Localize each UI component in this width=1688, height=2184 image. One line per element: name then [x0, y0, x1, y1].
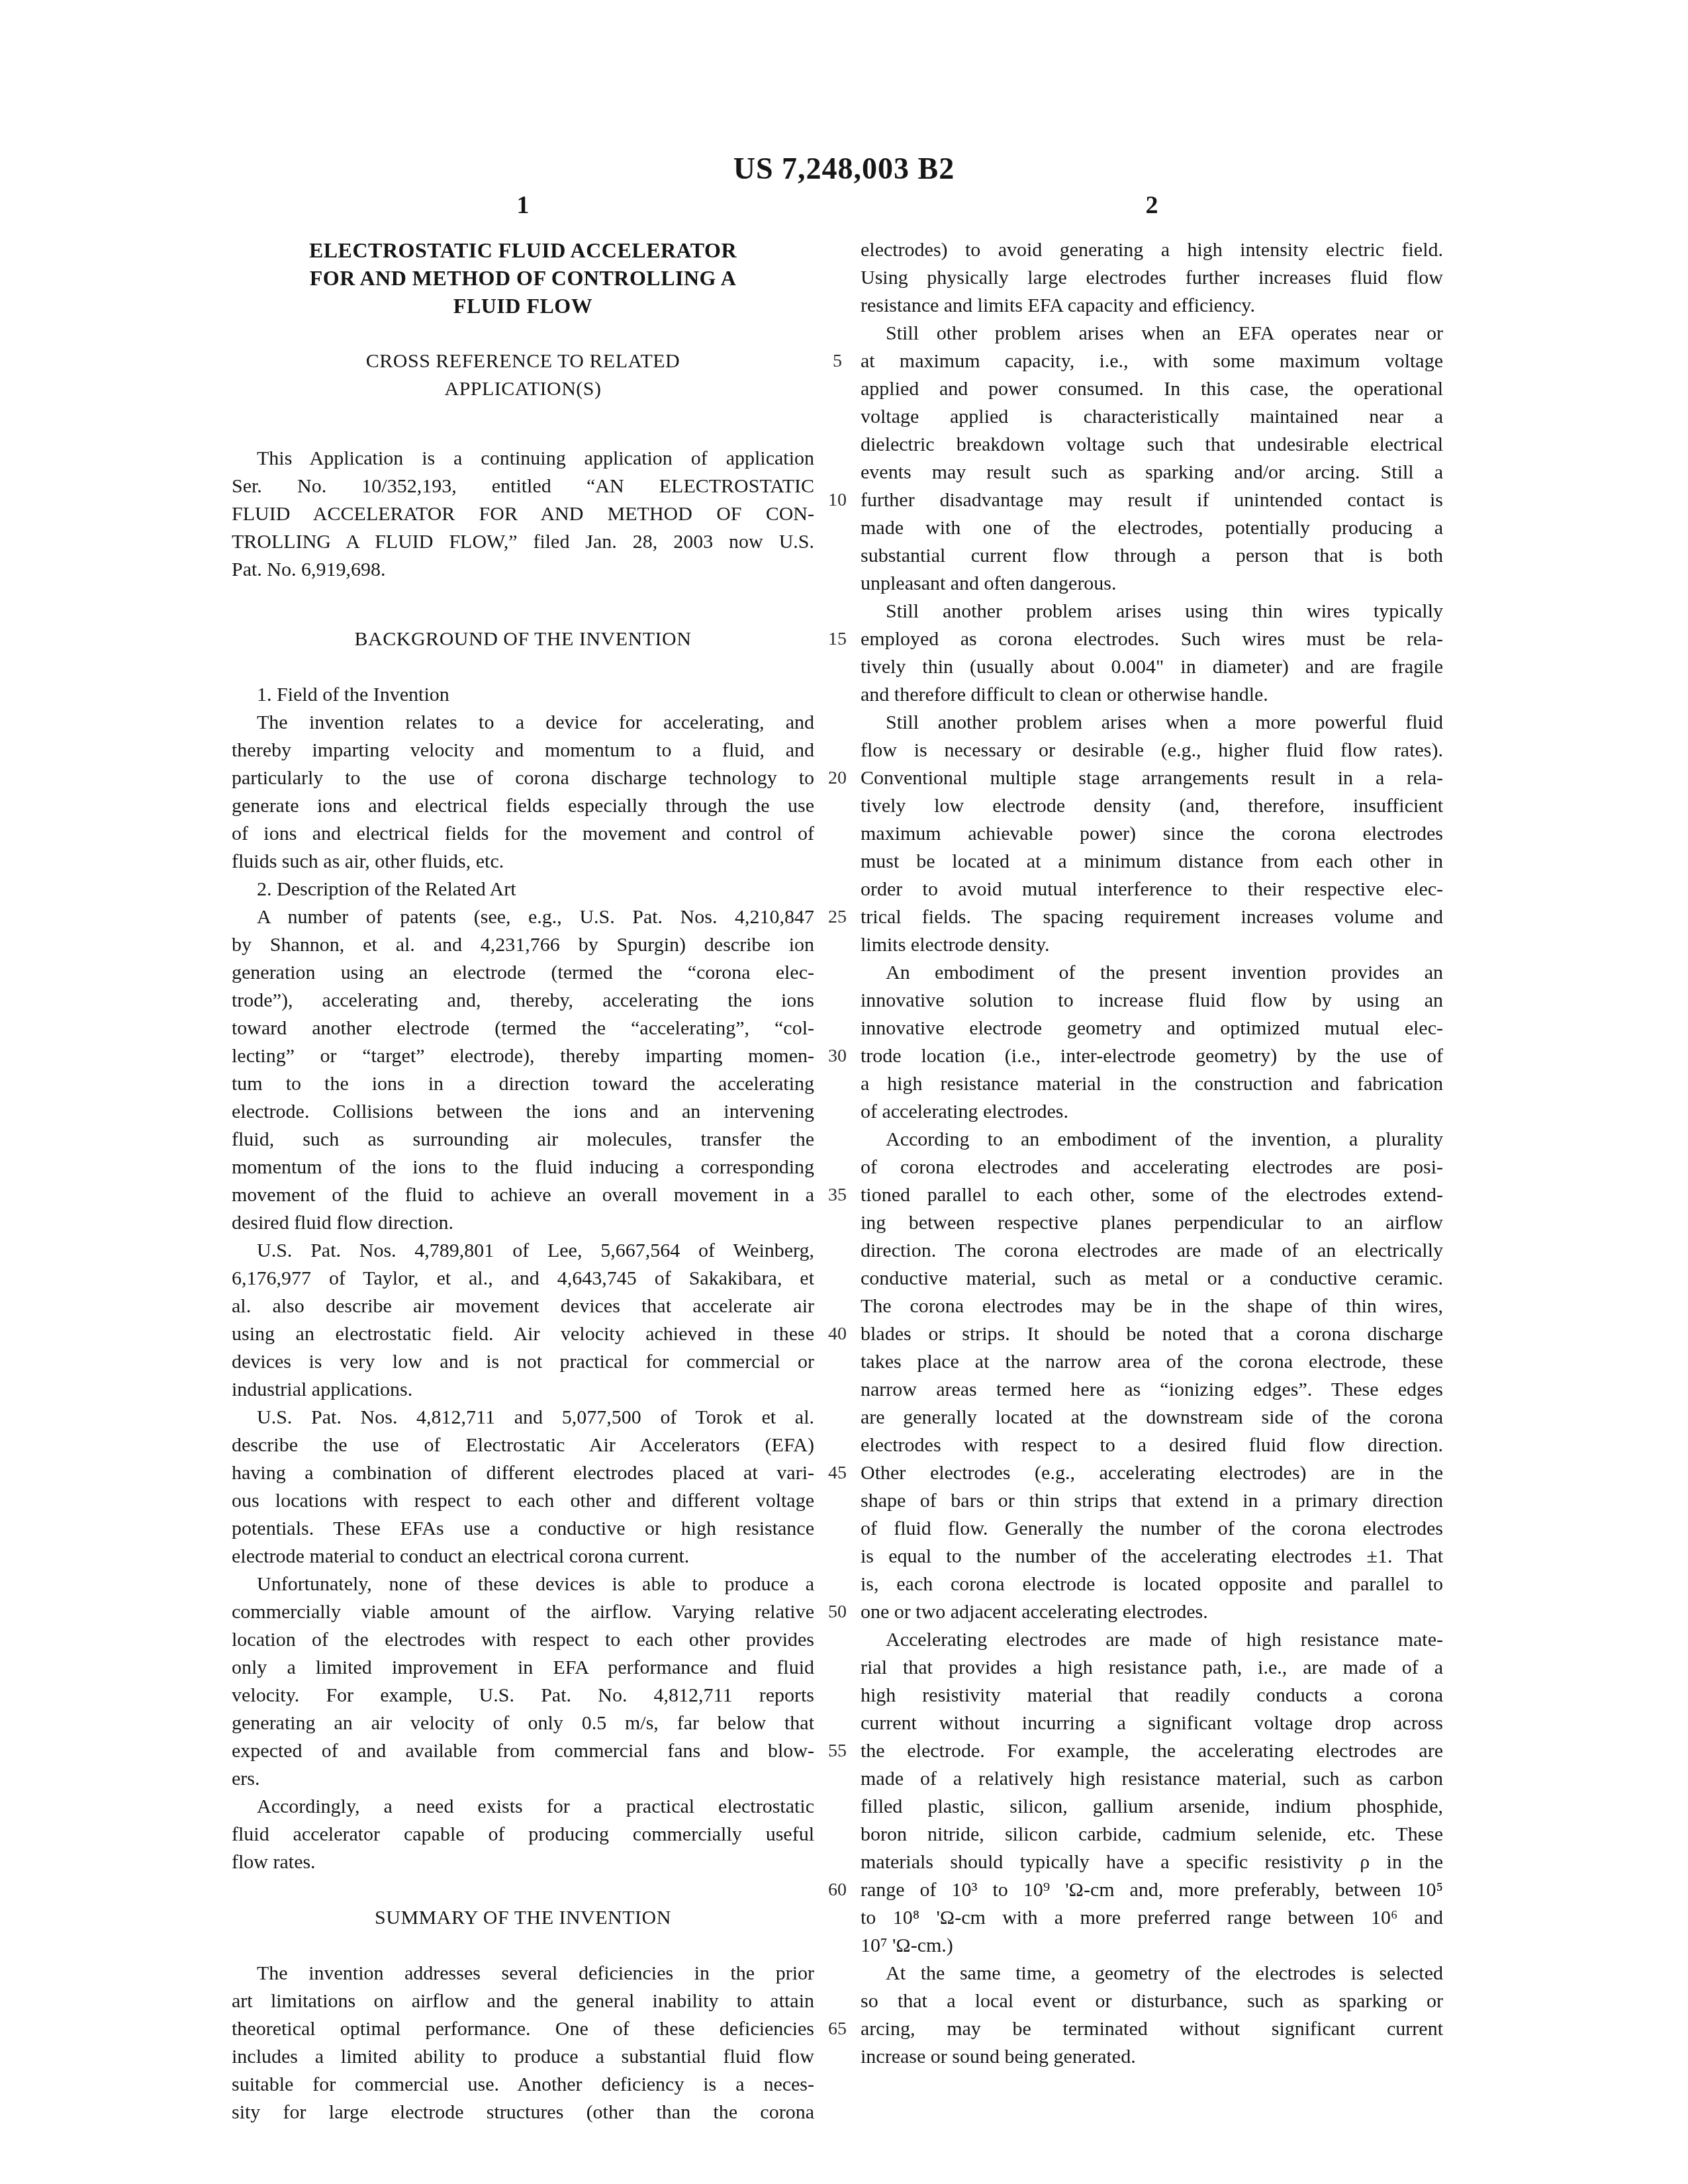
text-line: fluids such as air, other fluids, etc.: [232, 848, 814, 876]
text-line: suitable for commercial use. Another def…: [232, 2071, 814, 2099]
line-number-gutter: 5101520253035404550556065: [816, 236, 859, 2076]
gutter-line-number: 20: [816, 764, 859, 792]
text-line: flow is necessary or desirable (e.g., hi…: [861, 737, 1443, 764]
text-line: Pat. No. 6,919,698.: [232, 556, 814, 584]
text-line: electrodes) to avoid generating a high i…: [861, 236, 1443, 264]
text-line: range of 10³ to 10⁹ 'Ω-cm and, more pref…: [861, 1876, 1443, 1904]
text-line: According to an embodiment of the invent…: [861, 1126, 1443, 1154]
text-line: al. also describe air movement devices t…: [232, 1293, 814, 1320]
text-line: includes a limited ability to produce a …: [232, 2043, 814, 2071]
text-line: applied and power consumed. In this case…: [861, 375, 1443, 403]
gutter-line-number: 40: [816, 1320, 859, 1348]
text-line: trode location (i.e., inter-electrode ge…: [861, 1042, 1443, 1070]
text-line: electrode. Collisions between the ions a…: [232, 1098, 814, 1126]
text-line: trode”), accelerating and, thereby, acce…: [232, 987, 814, 1015]
text-line: only a limited improvement in EFA perfor…: [232, 1654, 814, 1682]
text-line: Ser. No. 10/352,193, entitled “AN ELECTR…: [232, 473, 814, 500]
text-line: increase or sound being generated.: [861, 2043, 1443, 2071]
text-line: lecting” or “target” electrode), thereby…: [232, 1042, 814, 1070]
gutter-line-number: 25: [816, 903, 859, 931]
section-heading: APPLICATION(S): [232, 375, 814, 403]
text-line: events may result such as sparking and/o…: [861, 459, 1443, 486]
text-line: order to avoid mutual interference to th…: [861, 876, 1443, 903]
text-line: one or two adjacent accelerating electro…: [861, 1598, 1443, 1626]
text-line: to 10⁸ 'Ω-cm with a more preferred range…: [861, 1904, 1443, 1932]
text-line: high resistivity material that readily c…: [861, 1682, 1443, 1709]
text-line: fluid, such as surrounding air molecules…: [232, 1126, 814, 1154]
text-line: At the same time, a geometry of the elec…: [861, 1960, 1443, 1987]
text-line: of fluid flow. Generally the number of t…: [861, 1515, 1443, 1543]
text-line: devices is very low and is not practical…: [232, 1348, 814, 1376]
text-line: having a combination of different electr…: [232, 1459, 814, 1487]
text-line: voltage applied is characteristically ma…: [861, 403, 1443, 431]
text-line: ous locations with respect to each other…: [232, 1487, 814, 1515]
text-line: tively thin (usually about 0.004" in dia…: [861, 653, 1443, 681]
text-line: Unfortunately, none of these devices is …: [232, 1570, 814, 1598]
text-line: location of the electrodes with respect …: [232, 1626, 814, 1654]
text-line: made of a relatively high resistance mat…: [861, 1765, 1443, 1793]
text-line: desired fluid flow direction.: [232, 1209, 814, 1237]
text-line: FLUID ACCELERATOR FOR AND METHOD OF CON-: [232, 500, 814, 528]
text-line: and therefore difficult to clean or othe…: [861, 681, 1443, 709]
text-line: sity for large electrode structures (oth…: [232, 2099, 814, 2126]
text-line: made with one of the electrodes, potenti…: [861, 514, 1443, 542]
text-line: generating an air velocity of only 0.5 m…: [232, 1709, 814, 1737]
text-line: substantial current flow through a perso…: [861, 542, 1443, 570]
spacer: [232, 1932, 814, 1960]
text-line: momentum of the ions to the fluid induci…: [232, 1154, 814, 1181]
text-line: of accelerating electrodes.: [861, 1098, 1443, 1126]
text-line: resistance and limits EFA capacity and e…: [861, 292, 1443, 320]
text-line: ers.: [232, 1765, 814, 1793]
text-line: limits electrode density.: [861, 931, 1443, 959]
text-line: tively low electrode density (and, there…: [861, 792, 1443, 820]
text-line: TROLLING A FLUID FLOW,” filed Jan. 28, 2…: [232, 528, 814, 556]
text-line: a high resistance material in the constr…: [861, 1070, 1443, 1098]
text-line: toward another electrode (termed the “ac…: [232, 1015, 814, 1042]
section-heading: CROSS REFERENCE TO RELATED: [232, 347, 814, 375]
text-line: tum to the ions in a direction toward th…: [232, 1070, 814, 1098]
text-line: expected of and available from commercia…: [232, 1737, 814, 1765]
spacer: [232, 653, 814, 681]
text-line: The invention relates to a device for ac…: [232, 709, 814, 737]
gutter-line-number: 65: [816, 2015, 859, 2043]
text-line: 10⁷ 'Ω-cm.): [861, 1932, 1443, 1960]
text-line: U.S. Pat. Nos. 4,812,711 and 5,077,500 o…: [232, 1404, 814, 1432]
text-line: further disadvantage may result if unint…: [861, 486, 1443, 514]
text-line: theoretical optimal performance. One of …: [232, 2015, 814, 2043]
text-line: movement of the fluid to achieve an over…: [232, 1181, 814, 1209]
spacer: [232, 584, 814, 625]
text-line: flow rates.: [232, 1848, 814, 1876]
text-line: blades or strips. It should be noted tha…: [861, 1320, 1443, 1348]
text-line: filled plastic, silicon, gallium arsenid…: [861, 1793, 1443, 1821]
gutter-line-number: 35: [816, 1181, 859, 1209]
text-line: art limitations on airflow and the gener…: [232, 1987, 814, 2015]
text-line: shape of bars or thin strips that extend…: [861, 1487, 1443, 1515]
patent-title-line: FOR AND METHOD OF CONTROLLING A: [232, 264, 814, 292]
text-line: arcing, may be terminated without signif…: [861, 2015, 1443, 2043]
text-line: 2. Description of the Related Art: [232, 876, 814, 903]
text-line: U.S. Pat. Nos. 4,789,801 of Lee, 5,667,5…: [232, 1237, 814, 1265]
text-line: unpleasant and often dangerous.: [861, 570, 1443, 598]
text-line: electrodes with respect to a desired flu…: [861, 1432, 1443, 1459]
spacer: [232, 320, 814, 347]
text-column-2: electrodes) to avoid generating a high i…: [861, 236, 1443, 2071]
text-line: direction. The corona electrodes are mad…: [861, 1237, 1443, 1265]
text-line: maximum achievable power) since the coro…: [861, 820, 1443, 848]
text-line: The corona electrodes may be in the shap…: [861, 1293, 1443, 1320]
text-line: takes place at the narrow area of the co…: [861, 1348, 1443, 1376]
text-line: Still another problem arises when a more…: [861, 709, 1443, 737]
text-line: is equal to the number of the accelerati…: [861, 1543, 1443, 1570]
text-line: the electrode. For example, the accelera…: [861, 1737, 1443, 1765]
spacer: [232, 403, 814, 445]
text-line: particularly to the use of corona discha…: [232, 764, 814, 792]
text-line: An embodiment of the present invention p…: [861, 959, 1443, 987]
text-line: rial that provides a high resistance pat…: [861, 1654, 1443, 1682]
text-line: employed as corona electrodes. Such wire…: [861, 625, 1443, 653]
gutter-line-number: 45: [816, 1459, 859, 1487]
text-line: 1. Field of the Invention: [232, 681, 814, 709]
text-line: 6,176,977 of Taylor, et al., and 4,643,7…: [232, 1265, 814, 1293]
gutter-line-number: 50: [816, 1598, 859, 1626]
text-line: so that a local event or disturbance, su…: [861, 1987, 1443, 2015]
text-column-1: ELECTROSTATIC FLUID ACCELERATORFOR AND M…: [232, 236, 814, 2126]
gutter-line-number: 10: [816, 486, 859, 514]
text-line: tioned parallel to each other, some of t…: [861, 1181, 1443, 1209]
text-line: electrode material to conduct an electri…: [232, 1543, 814, 1570]
text-line: using an electrostatic field. Air veloci…: [232, 1320, 814, 1348]
section-heading: SUMMARY OF THE INVENTION: [232, 1904, 814, 1932]
text-line: at maximum capacity, i.e., with some max…: [861, 347, 1443, 375]
text-line: must be located at a minimum distance fr…: [861, 848, 1443, 876]
text-line: Accordingly, a need exists for a practic…: [232, 1793, 814, 1821]
gutter-line-number: 30: [816, 1042, 859, 1070]
text-line: narrow areas termed here as “ionizing ed…: [861, 1376, 1443, 1404]
gutter-line-number: 5: [816, 347, 859, 375]
text-line: materials should typically have a specif…: [861, 1848, 1443, 1876]
patent-page: US 7,248,003 B2 1 2 ELECTROSTATIC FLUID …: [0, 0, 1688, 2184]
text-line: ing between respective planes perpendicu…: [861, 1209, 1443, 1237]
text-line: are generally located at the downstream …: [861, 1404, 1443, 1432]
text-line: Other electrodes (e.g., accelerating ele…: [861, 1459, 1443, 1487]
patent-title-line: FLUID FLOW: [232, 292, 814, 320]
text-line: by Shannon, et al. and 4,231,766 by Spur…: [232, 931, 814, 959]
text-line: innovative electrode geometry and optimi…: [861, 1015, 1443, 1042]
text-line: velocity. For example, U.S. Pat. No. 4,8…: [232, 1682, 814, 1709]
gutter-line-number: 55: [816, 1737, 859, 1765]
text-line: trical fields. The spacing requirement i…: [861, 903, 1443, 931]
text-line: This Application is a continuing applica…: [232, 445, 814, 473]
patent-title-line: ELECTROSTATIC FLUID ACCELERATOR: [232, 236, 814, 264]
text-line: Using physically large electrodes furthe…: [861, 264, 1443, 292]
text-line: potentials. These EFAs use a conductive …: [232, 1515, 814, 1543]
spacer: [232, 1876, 814, 1904]
column-2-number: 2: [861, 191, 1443, 220]
text-line: Conventional multiple stage arrangements…: [861, 764, 1443, 792]
text-line: of corona electrodes and accelerating el…: [861, 1154, 1443, 1181]
text-line: dielectric breakdown voltage such that u…: [861, 431, 1443, 459]
text-line: A number of patents (see, e.g., U.S. Pat…: [232, 903, 814, 931]
text-line: commercially viable amount of the airflo…: [232, 1598, 814, 1626]
text-line: boron nitride, silicon carbide, cadmium …: [861, 1821, 1443, 1848]
text-line: current without incurring a significant …: [861, 1709, 1443, 1737]
text-line: of ions and electrical fields for the mo…: [232, 820, 814, 848]
text-line: innovative solution to increase fluid fl…: [861, 987, 1443, 1015]
text-line: industrial applications.: [232, 1376, 814, 1404]
text-line: conductive material, such as metal or a …: [861, 1265, 1443, 1293]
section-heading: BACKGROUND OF THE INVENTION: [232, 625, 814, 653]
column-1-number: 1: [232, 191, 814, 220]
text-line: generate ions and electrical fields espe…: [232, 792, 814, 820]
text-line: fluid accelerator capable of producing c…: [232, 1821, 814, 1848]
text-line: thereby imparting velocity and momentum …: [232, 737, 814, 764]
text-line: Still other problem arises when an EFA o…: [861, 320, 1443, 347]
text-line: describe the use of Electrostatic Air Ac…: [232, 1432, 814, 1459]
text-line: Accelerating electrodes are made of high…: [861, 1626, 1443, 1654]
patent-number-header: US 7,248,003 B2: [0, 151, 1688, 186]
gutter-line-number: 15: [816, 625, 859, 653]
text-line: Still another problem arises using thin …: [861, 598, 1443, 625]
text-line: generation using an electrode (termed th…: [232, 959, 814, 987]
text-line: is, each corona electrode is located opp…: [861, 1570, 1443, 1598]
text-line: The invention addresses several deficien…: [232, 1960, 814, 1987]
gutter-line-number: 60: [816, 1876, 859, 1904]
